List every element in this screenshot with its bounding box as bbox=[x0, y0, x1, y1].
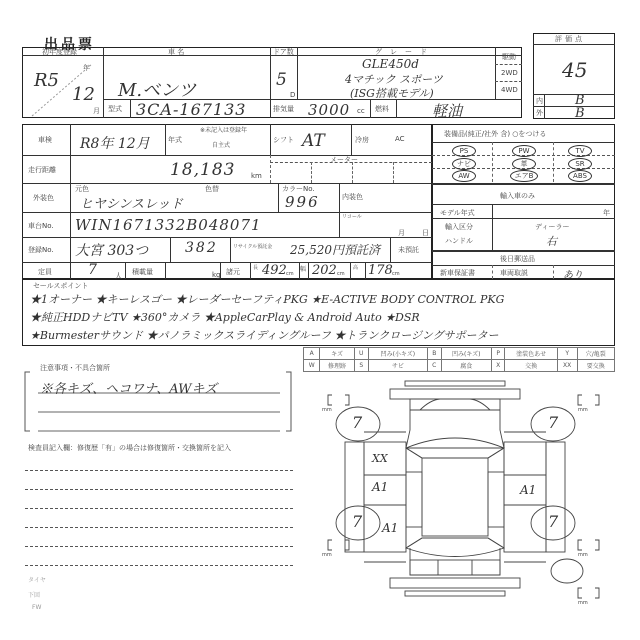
model-label: 型式 bbox=[108, 104, 122, 114]
equip-navi[interactable]: ナビ bbox=[452, 158, 476, 170]
recall-label: リコール bbox=[342, 213, 362, 220]
importer-label: 輸入車のみ bbox=[500, 191, 535, 201]
damage-legend: A キズ U 凹み(小キズ) B 凹み(キズ) P 塗装色あせ Y 穴/亀裂 W… bbox=[303, 347, 615, 372]
equip-ps[interactable]: PS bbox=[452, 145, 476, 157]
first-reg-month: 12 bbox=[72, 84, 95, 105]
legend-desc: 凹み(キズ) bbox=[441, 348, 491, 360]
ac-label: 冷房 bbox=[355, 135, 369, 145]
exterior-grade-label: 外 bbox=[536, 108, 543, 118]
exterior-grade: B bbox=[575, 106, 585, 121]
recall-month-unit: 月 bbox=[398, 228, 405, 238]
dims-label: 諸元 bbox=[226, 267, 240, 277]
recycle-unpaid[interactable]: 未預託 bbox=[398, 245, 419, 255]
handle-label: ハンドル bbox=[445, 236, 473, 246]
equip-leather[interactable]: 革 bbox=[512, 158, 536, 170]
width-unit: cm bbox=[337, 271, 345, 277]
equip-airbag[interactable]: エアB bbox=[510, 170, 538, 182]
manual-label[interactable]: 車両取説 bbox=[500, 268, 528, 278]
chassis-value: WIN1671332B048071 bbox=[75, 216, 262, 234]
tire-unit-fl: mm bbox=[322, 407, 332, 413]
plate-number: 382 bbox=[185, 240, 218, 256]
recycle-value: 25,520円預託済 bbox=[290, 241, 380, 258]
warranty-label[interactable]: 新車保証書 bbox=[440, 268, 475, 278]
legend-code: A bbox=[304, 348, 320, 360]
legend-code: S bbox=[354, 360, 368, 372]
equip-sr[interactable]: SR bbox=[568, 158, 592, 170]
legend-desc: サビ bbox=[368, 360, 427, 372]
length-label: 長 bbox=[253, 264, 258, 271]
legend-desc: 塗装色あせ bbox=[505, 348, 557, 360]
inspector-label: 検査員記入欄：修復歴「有」の場合は修復箇所・交換箇所を記入 bbox=[28, 443, 231, 453]
shaken-label: 車検 bbox=[38, 135, 52, 145]
tire-unit-rr: mm bbox=[578, 552, 588, 558]
legend-code: Y bbox=[557, 348, 577, 360]
fuel-value: 軽油 bbox=[432, 100, 462, 121]
later-docs-label: 後日郵送品 bbox=[500, 254, 535, 264]
height-value: 178 bbox=[368, 263, 393, 278]
load-label: 積載量 bbox=[132, 267, 153, 277]
width-label: 幅 bbox=[300, 264, 306, 273]
model-year-label: 年式 bbox=[168, 135, 182, 145]
shaken-value: R8年 12月 bbox=[80, 133, 150, 153]
mileage-value: 18,183 bbox=[170, 160, 235, 180]
legend-code: X bbox=[491, 360, 505, 372]
doors-value: 5 bbox=[276, 70, 287, 90]
interior-grade-label: 内 bbox=[536, 96, 543, 106]
equip-aw[interactable]: AW bbox=[452, 170, 476, 182]
legend-code: XX bbox=[557, 360, 577, 372]
length-value: 492 bbox=[262, 263, 287, 278]
doors-unit: D bbox=[290, 91, 295, 99]
legend-desc: 交換 bbox=[505, 360, 557, 372]
tire-unit-fr: mm bbox=[578, 407, 588, 413]
handle-value: 右 bbox=[546, 233, 557, 249]
car-name-label: 車 名 bbox=[168, 47, 184, 57]
capacity-label: 定員 bbox=[38, 267, 52, 277]
drive-label: 駆動 bbox=[502, 52, 516, 62]
damage-mark-left-front-door: XX bbox=[372, 452, 388, 465]
grade-line-3: (ISG搭載モデル) bbox=[350, 85, 434, 101]
equipment-title: 装備品(純正/社外 含) ○をつける bbox=[444, 129, 546, 139]
legend-desc: 凹み(小キズ) bbox=[368, 348, 427, 360]
footer-under-label: 下回 bbox=[28, 590, 40, 599]
meter-label: メーター bbox=[330, 155, 358, 165]
drive-2wd[interactable]: 2WD bbox=[501, 69, 518, 77]
import-model-year-label: モデル年式 bbox=[440, 208, 475, 218]
grade-label: グレード bbox=[375, 47, 435, 57]
score-label: 評価点 bbox=[555, 34, 585, 44]
height-unit: cm bbox=[392, 271, 400, 277]
legend-code: W bbox=[304, 360, 320, 372]
legend-desc: 穴/亀裂 bbox=[577, 348, 614, 360]
tire-front-left: 7 bbox=[352, 413, 362, 432]
chassis-label: 車台No. bbox=[28, 221, 54, 231]
import-model-year-unit: 年 bbox=[603, 208, 610, 218]
legend-code: U bbox=[354, 348, 368, 360]
damage-mark-left-rear-door: A1 bbox=[372, 480, 388, 494]
import-type-value: ディーラー bbox=[535, 222, 569, 232]
fuel-label: 燃料 bbox=[375, 104, 389, 114]
interior-color-label: 内装色 bbox=[342, 192, 363, 202]
import-type-label: 輸入区分 bbox=[445, 222, 473, 232]
sales-points-label: セールスポイント bbox=[33, 281, 88, 291]
plate-label: 登録No. bbox=[28, 245, 54, 255]
model-code: 3CA-167133 bbox=[136, 100, 246, 119]
notes-text: ※各キズ、ヘコワナ、AWキズ bbox=[40, 378, 217, 397]
mileage-unit: km bbox=[251, 172, 262, 180]
tire-rear-right: 7 bbox=[548, 512, 558, 531]
capacity-value: 7 bbox=[88, 262, 97, 278]
tire-front-right: 7 bbox=[548, 413, 558, 432]
length-unit: cm bbox=[286, 271, 294, 277]
height-label: 高 bbox=[353, 264, 358, 271]
ac-value: AC bbox=[395, 135, 405, 143]
drive-4wd[interactable]: 4WD bbox=[501, 86, 518, 94]
equip-tv[interactable]: TV bbox=[568, 145, 592, 157]
recall-day-unit: 日 bbox=[422, 228, 429, 238]
legend-desc: 要交換 bbox=[577, 360, 614, 372]
sales-point-line-3: ★Burmesterサウンド ★パノラミックスライディングルーフ ★トランクロー… bbox=[30, 327, 498, 343]
car-name: M.ベンツ bbox=[118, 76, 196, 102]
sales-point-line-2: ★純正HDDナビTV ★360°カメラ ★AppleCarPlay & Andr… bbox=[30, 309, 420, 325]
mileage-label: 走行距離 bbox=[28, 165, 56, 175]
displacement-value: 3000 bbox=[308, 101, 350, 119]
displacement-label: 排気量 bbox=[273, 104, 294, 114]
tire-unit-spare: mm bbox=[578, 600, 588, 606]
legend-desc: 腐食 bbox=[441, 360, 491, 372]
color-change-label: 色替 bbox=[205, 184, 219, 194]
tire-unit-rl: mm bbox=[322, 552, 332, 558]
damage-mark-right-rear-door: A1 bbox=[520, 483, 536, 497]
tire-rear-left: 7 bbox=[352, 512, 362, 531]
grade-line-1: GLE450d bbox=[362, 57, 419, 71]
damage-mark-left-rear-quarter: A1 bbox=[382, 521, 398, 535]
score-value: 45 bbox=[562, 58, 587, 82]
legend-desc: キズ bbox=[320, 348, 354, 360]
shift-value: AT bbox=[302, 131, 325, 151]
first-reg-label: 初年度登録 bbox=[42, 47, 77, 57]
footer-tire-label: タイヤ bbox=[28, 575, 46, 584]
first-reg-era: R5 bbox=[34, 70, 59, 91]
model-year-note: ※未記入は登録年 bbox=[200, 125, 247, 134]
color-label: 外装色 bbox=[33, 193, 54, 203]
footer-fw-label: FW bbox=[32, 604, 41, 611]
equip-pw[interactable]: PW bbox=[512, 145, 536, 157]
sales-point-line-1: ★1オーナー ★キーレスゴー ★レーダーセーフティPKG ★E-ACTIVE B… bbox=[30, 291, 504, 307]
width-value: 202 bbox=[312, 263, 337, 278]
color-value: ヒヤシンスレッド bbox=[80, 193, 183, 212]
legend-code: C bbox=[427, 360, 441, 372]
displacement-unit: cc bbox=[357, 107, 365, 115]
legend-desc: 修理跡 bbox=[320, 360, 354, 372]
legend-code: B bbox=[427, 348, 441, 360]
doors-label: ドア数 bbox=[273, 47, 294, 57]
recycle-label: リサイクル預託金 bbox=[233, 243, 272, 250]
plate-region: 大宮 303つ bbox=[75, 240, 148, 260]
legend-code: P bbox=[491, 348, 505, 360]
model-year-value: 自主式 bbox=[212, 140, 230, 149]
color-no-value: 996 bbox=[285, 193, 320, 211]
equip-abs[interactable]: ABS bbox=[568, 170, 592, 182]
shift-label: シフト bbox=[273, 135, 294, 145]
